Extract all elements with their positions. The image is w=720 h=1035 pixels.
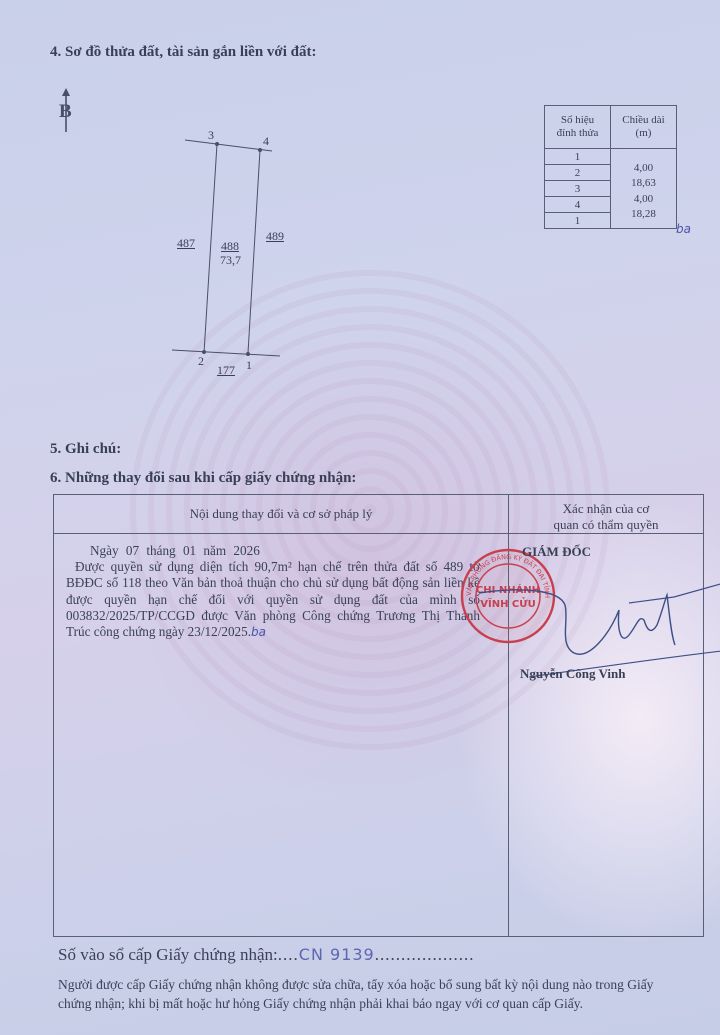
handwritten-initials: ba	[676, 222, 691, 236]
content-column-header: Nội dung thay đổi và cơ sở pháp lý	[54, 495, 508, 533]
entry-body-text: Được quyền sử dụng diện tích 90,7m² hạn …	[66, 559, 480, 639]
vertex-header: Số hiệuđỉnh thửa	[545, 106, 611, 149]
entry-date: Ngày 07 tháng 01 năm 2026	[66, 543, 480, 559]
registry-number: CN 9139	[299, 945, 375, 964]
registry-leader: ...................	[375, 945, 475, 964]
point-cell: 3	[545, 181, 611, 197]
neighbor-east: 489	[266, 229, 284, 244]
point-cell: 2	[545, 165, 611, 181]
length-header: Chiều dài(m)	[611, 106, 677, 149]
section5-heading: 5. Ghi chú:	[50, 441, 121, 458]
change-entry: Ngày 07 tháng 01 năm 2026 Được quyền sử …	[66, 543, 480, 640]
vertex-4: 4	[263, 134, 269, 149]
length-value: 18,63	[611, 176, 676, 192]
authority-header-line1: Xác nhận của cơ	[509, 501, 703, 517]
parcel-area: 73,7	[220, 253, 241, 268]
north-label: B	[59, 101, 72, 123]
vertex-2: 2	[198, 354, 204, 369]
changes-table: Nội dung thay đổi và cơ sở pháp lý Xác n…	[53, 494, 704, 937]
authority-header-line2: quan có thẩm quyền	[509, 517, 703, 533]
signer-name: Nguyễn Công Vinh	[520, 666, 625, 682]
length-value: 4,00	[611, 161, 676, 177]
signature	[469, 575, 720, 680]
section4-heading: 4. Sơ đồ thửa đất, tài sản gắn liền với …	[50, 44, 317, 61]
header-divider	[54, 533, 703, 534]
parcel-number: 488	[221, 239, 239, 254]
neighbor-west: 487	[177, 236, 195, 251]
entry-body: Được quyền sử dụng diện tích 90,7m² hạn …	[66, 559, 480, 640]
registry-leader: ....	[278, 945, 299, 964]
point-cell: 4	[545, 197, 611, 213]
point-cell: 1	[545, 213, 611, 229]
legal-notice: Người được cấp Giấy chứng nhận không đượ…	[58, 976, 688, 1013]
edge-length-table: Số hiệuđỉnh thửa Chiều dài(m) 1 4,00 18,…	[544, 105, 677, 229]
authority-title: GIÁM ĐỐC	[522, 544, 591, 560]
section6-heading: 6. Những thay đổi sau khi cấp giấy chứng…	[50, 470, 356, 487]
vertex-1: 1	[246, 358, 252, 373]
length-value: 18,28	[611, 207, 676, 223]
entry-initials: ba	[251, 625, 266, 639]
point-cell: 1	[545, 149, 611, 165]
north-arrow-icon: B	[58, 88, 78, 132]
registry-label: Số vào sổ cấp Giấy chứng nhận:	[58, 945, 278, 964]
length-value: 4,00	[611, 192, 676, 208]
neighbor-south: 177	[217, 363, 235, 378]
lengths-cell: 4,00 18,63 4,00 18,28	[611, 149, 677, 229]
authority-column-header: Xác nhận của cơ quan có thẩm quyền	[509, 501, 703, 533]
registry-line: Số vào sổ cấp Giấy chứng nhận:....CN 913…	[58, 945, 474, 965]
vertex-3: 3	[208, 128, 214, 143]
